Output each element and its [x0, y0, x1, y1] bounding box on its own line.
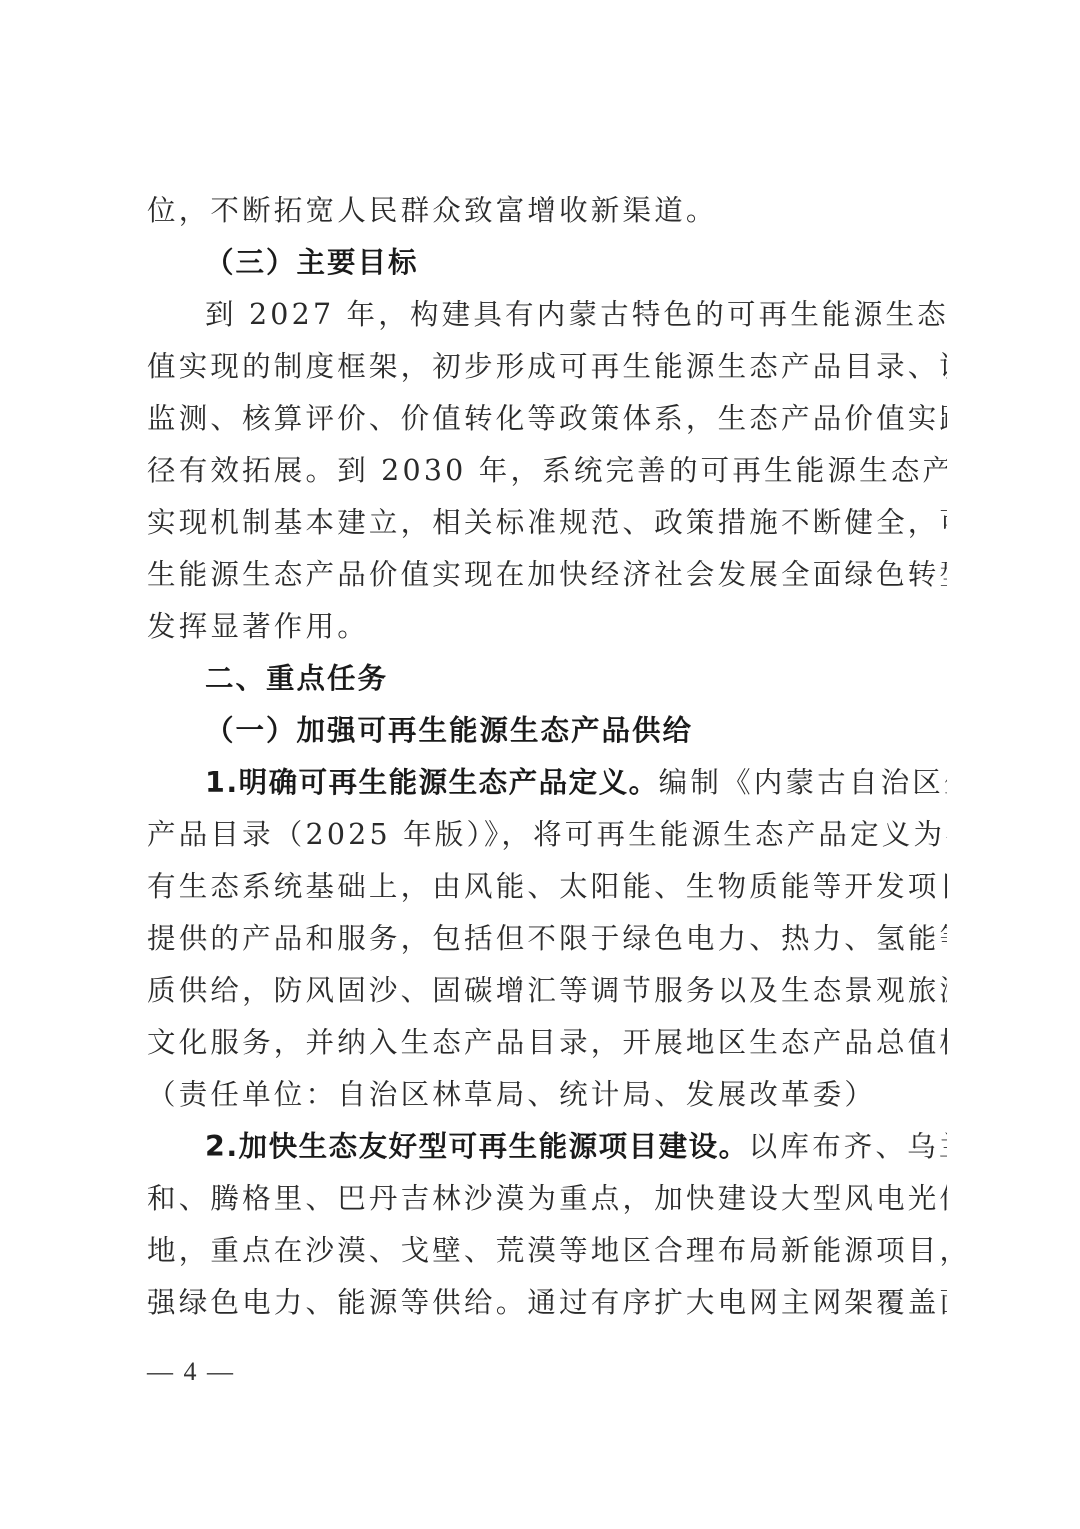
subsection-heading-supply: （一）加强可再生能源生态产品供给 [147, 705, 947, 757]
document-page: 位，不断拓宽人民群众致富增收新渠道。 （三）主要目标 到 2027 年，构建具有… [147, 185, 947, 1329]
responsible-units-line: （责任单位：自治区林草局、统计局、发展改革委） [147, 1069, 947, 1121]
item-text: 编制《内蒙古自治区生态 [659, 766, 947, 799]
page-number: — 4 — [147, 1357, 235, 1387]
paragraph-line: 和、腾格里、巴丹吉林沙漠为重点，加快建设大型风电光伏基 [147, 1173, 947, 1225]
section-heading-key-tasks: 二、重点任务 [147, 653, 947, 705]
paragraph-line: 2.加快生态友好型可再生能源项目建设。以库布齐、乌兰布 [147, 1121, 947, 1173]
section-heading-main-goals: （三）主要目标 [147, 237, 947, 289]
paragraph-line: 生能源生态产品价值实现在加快经济社会发展全面绿色转型中 [147, 549, 947, 601]
paragraph-line: 径有效拓展。到 2030 年，系统完善的可再生能源生态产品价值 [147, 445, 947, 497]
paragraph-line: 有生态系统基础上，由风能、太阳能、生物质能等开发项目所 [147, 861, 947, 913]
paragraph-line: 强绿色电力、能源等供给。通过有序扩大电网主网架覆盖面， [147, 1277, 947, 1329]
item-lead-1: 1.明确可再生能源生态产品定义。 [205, 766, 659, 799]
paragraph-line: 产品目录（2025 年版）》，将可再生能源生态产品定义为在现 [147, 809, 947, 861]
paragraph-line: 发挥显著作用。 [147, 601, 947, 653]
paragraph-line: 提供的产品和服务，包括但不限于绿色电力、热力、氢能等物 [147, 913, 947, 965]
paragraph-line: 地，重点在沙漠、戈壁、荒漠等地区合理布局新能源项目，加 [147, 1225, 947, 1277]
paragraph-line: 1.明确可再生能源生态产品定义。编制《内蒙古自治区生态 [147, 757, 947, 809]
paragraph-line: 值实现的制度框架，初步形成可再生能源生态产品目录、调查 [147, 341, 947, 393]
item-text: 以库布齐、乌兰布 [749, 1130, 947, 1163]
paragraph-line: 到 2027 年，构建具有内蒙古特色的可再生能源生态产品价 [147, 289, 947, 341]
paragraph-line: 质供给，防风固沙、固碳增汇等调节服务以及生态景观旅游等 [147, 965, 947, 1017]
paragraph-line: 实现机制基本建立，相关标准规范、政策措施不断健全，可再 [147, 497, 947, 549]
paragraph-line: 位，不断拓宽人民群众致富增收新渠道。 [147, 185, 947, 237]
paragraph-line: 文化服务，并纳入生态产品目录，开展地区生态产品总值核算。 [147, 1017, 947, 1069]
item-lead-2: 2.加快生态友好型可再生能源项目建设。 [205, 1130, 749, 1163]
paragraph-line: 监测、核算评价、价值转化等政策体系，生态产品价值实路现 [147, 393, 947, 445]
